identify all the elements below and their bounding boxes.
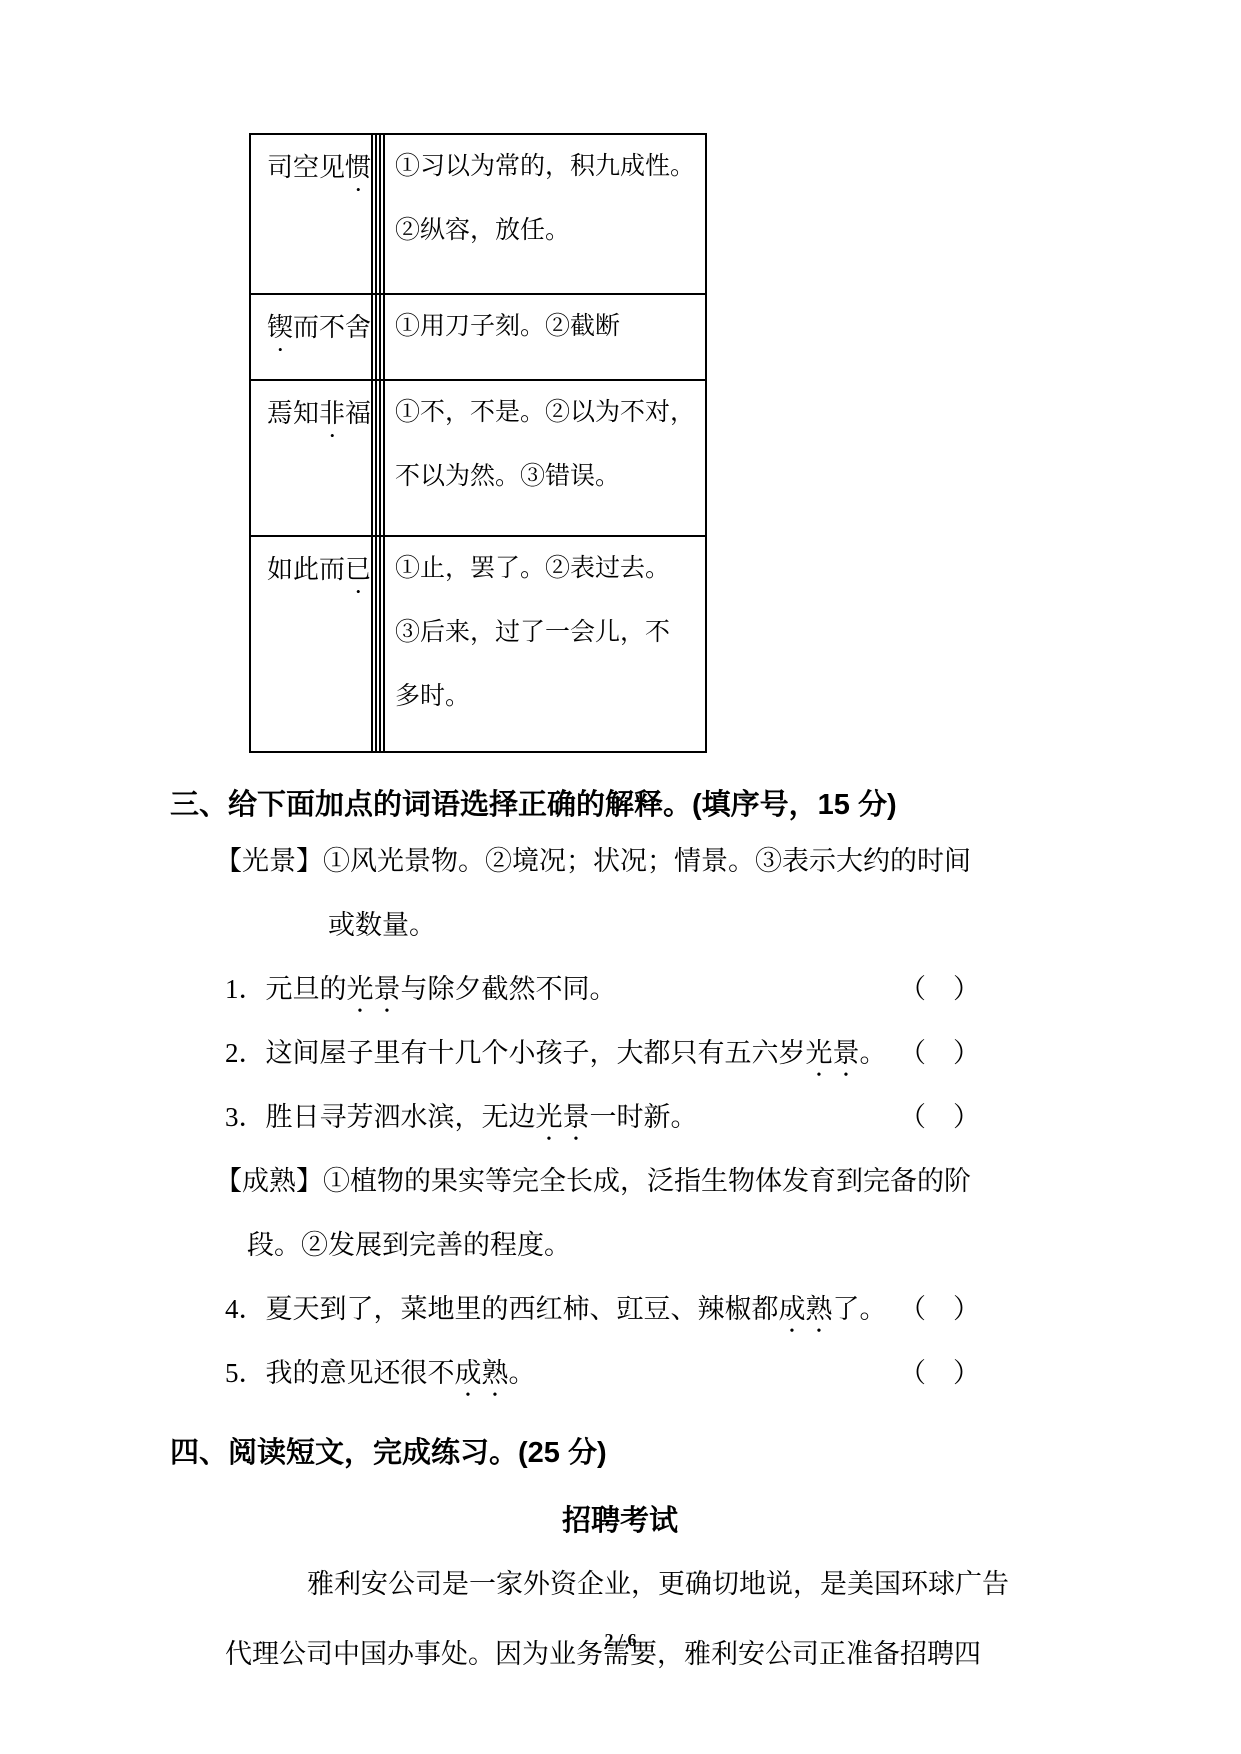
definition-line: ③后来，过了一会儿，不 — [395, 601, 695, 665]
glossary-entry-guangjing: 【光景】①风光景物。②境况；状况；情景。③表示大约的时间 或数量。 — [215, 829, 1241, 957]
answer-paren: （ ） — [899, 1085, 980, 1149]
page-number: 2 / 6 — [0, 1630, 1241, 1651]
idiom-cell: 司空见惯 — [250, 134, 372, 294]
glossary-line: 或数量。 — [328, 893, 1241, 957]
definition-line: ①不，不是。②以为不对， — [395, 381, 695, 445]
emphasized-word: 光景 — [536, 1102, 590, 1132]
item-number: 4． — [225, 1294, 266, 1324]
item-sentence: 5．我的意见还很不成熟。 — [225, 1341, 536, 1405]
definition-line: ②纵容，放任。 — [395, 199, 695, 263]
item-number: 5． — [225, 1358, 266, 1388]
emphasized-word: 光景 — [806, 1038, 860, 1068]
definition-line: ①止，罢了。②表过去。 — [395, 537, 695, 601]
list-item-4: 4．夏天到了，菜地里的西红柿、豇豆、辣椒都成熟了。 （ ） — [225, 1277, 980, 1341]
glossary-line: 段。②发展到完善的程度。 — [247, 1213, 1241, 1277]
item-sentence: 1．元旦的光景与除夕截然不同。 — [225, 957, 617, 1021]
definition-line: 不以为然。③错误。 — [395, 445, 695, 509]
definition-cell: ①用刀子刻。②截断 — [384, 294, 706, 380]
idiom-cell: 焉知非福 — [250, 380, 372, 536]
definition-line: ①用刀子刻。②截断 — [395, 295, 695, 359]
emphasized-word: 光景 — [347, 974, 401, 1004]
idiom-text: 司空见 — [267, 153, 345, 182]
emphasized-char: 已 — [345, 555, 371, 584]
idiom-cell: 锲而不舍 — [250, 294, 372, 380]
emphasized-char: 惯 — [345, 153, 371, 182]
glossary-line: 【成熟】①植物的果实等完全长成，泛指生物体发育到完备的阶 — [215, 1149, 1241, 1213]
list-item-1: 1．元旦的光景与除夕截然不同。 （ ） — [225, 957, 980, 1021]
answer-paren: （ ） — [899, 1341, 980, 1405]
passage-paragraph: 雅利安公司是一家外资企业，更确切地说，是美国环球广告 代理公司中国办事处。因为业… — [225, 1549, 1241, 1689]
item-number: 2． — [225, 1038, 266, 1068]
section3-heading: 三、给下面加点的词语选择正确的解释。(填序号，15 分) — [170, 787, 1241, 823]
table-row: 如此而已 ①止，罢了。②表过去。 ③后来，过了一会儿，不 多时。 — [250, 536, 706, 752]
idiom-definition-table: 司空见惯 ①习以为常的，积九成性。 ②纵容，放任。 锲而不舍 ①用刀子刻。②截断… — [249, 133, 707, 753]
definition-cell: ①习以为常的，积九成性。 ②纵容，放任。 — [384, 134, 706, 294]
table-row: 司空见惯 ①习以为常的，积九成性。 ②纵容，放任。 — [250, 134, 706, 294]
idiom-cell: 如此而已 — [250, 536, 372, 752]
document-page: 司空见惯 ①习以为常的，积九成性。 ②纵容，放任。 锲而不舍 ①用刀子刻。②截断… — [0, 0, 1241, 1754]
emphasized-char: 非 — [319, 399, 345, 428]
glossary-entry-chengshu: 【成熟】①植物的果实等完全长成，泛指生物体发育到完备的阶 段。②发展到完善的程度… — [215, 1149, 1241, 1277]
item-number: 1． — [225, 974, 266, 1004]
emphasized-word: 成熟 — [779, 1294, 833, 1324]
definition-line: ①习以为常的，积九成性。 — [395, 135, 695, 199]
table-row: 锲而不舍 ①用刀子刻。②截断 — [250, 294, 706, 380]
emphasized-word: 成熟 — [455, 1358, 509, 1388]
definition-cell: ①不，不是。②以为不对， 不以为然。③错误。 — [384, 380, 706, 536]
glossary-line: 【光景】①风光景物。②境况；状况；情景。③表示大约的时间 — [215, 829, 1241, 893]
section4-heading: 四、阅读短文，完成练习。(25 分) — [170, 1435, 1241, 1471]
answer-paren: （ ） — [899, 1021, 980, 1085]
list-item-5: 5．我的意见还很不成熟。 （ ） — [225, 1341, 980, 1405]
emphasized-char: 锲 — [267, 313, 293, 342]
answer-paren: （ ） — [899, 1277, 980, 1341]
table-row: 焉知非福 ①不，不是。②以为不对， 不以为然。③错误。 — [250, 380, 706, 536]
item-sentence: 2．这间屋子里有十几个小孩子，大都只有五六岁光景。 — [225, 1021, 887, 1085]
passage-line: 雅利安公司是一家外资企业，更确切地说，是美国环球广告 — [225, 1549, 1241, 1619]
passage-title: 招聘考试 — [170, 1501, 1070, 1541]
definition-cell: ①止，罢了。②表过去。 ③后来，过了一会儿，不 多时。 — [384, 536, 706, 752]
item-sentence: 3．胜日寻芳泗水滨，无边光景一时新。 — [225, 1085, 698, 1149]
list-item-2: 2．这间屋子里有十几个小孩子，大都只有五六岁光景。 （ ） — [225, 1021, 980, 1085]
definition-line: 多时。 — [395, 665, 695, 729]
list-item-3: 3．胜日寻芳泗水滨，无边光景一时新。 （ ） — [225, 1085, 980, 1149]
item-sentence: 4．夏天到了，菜地里的西红柿、豇豆、辣椒都成熟了。 — [225, 1277, 887, 1341]
item-number: 3． — [225, 1102, 266, 1132]
answer-paren: （ ） — [899, 957, 980, 1021]
